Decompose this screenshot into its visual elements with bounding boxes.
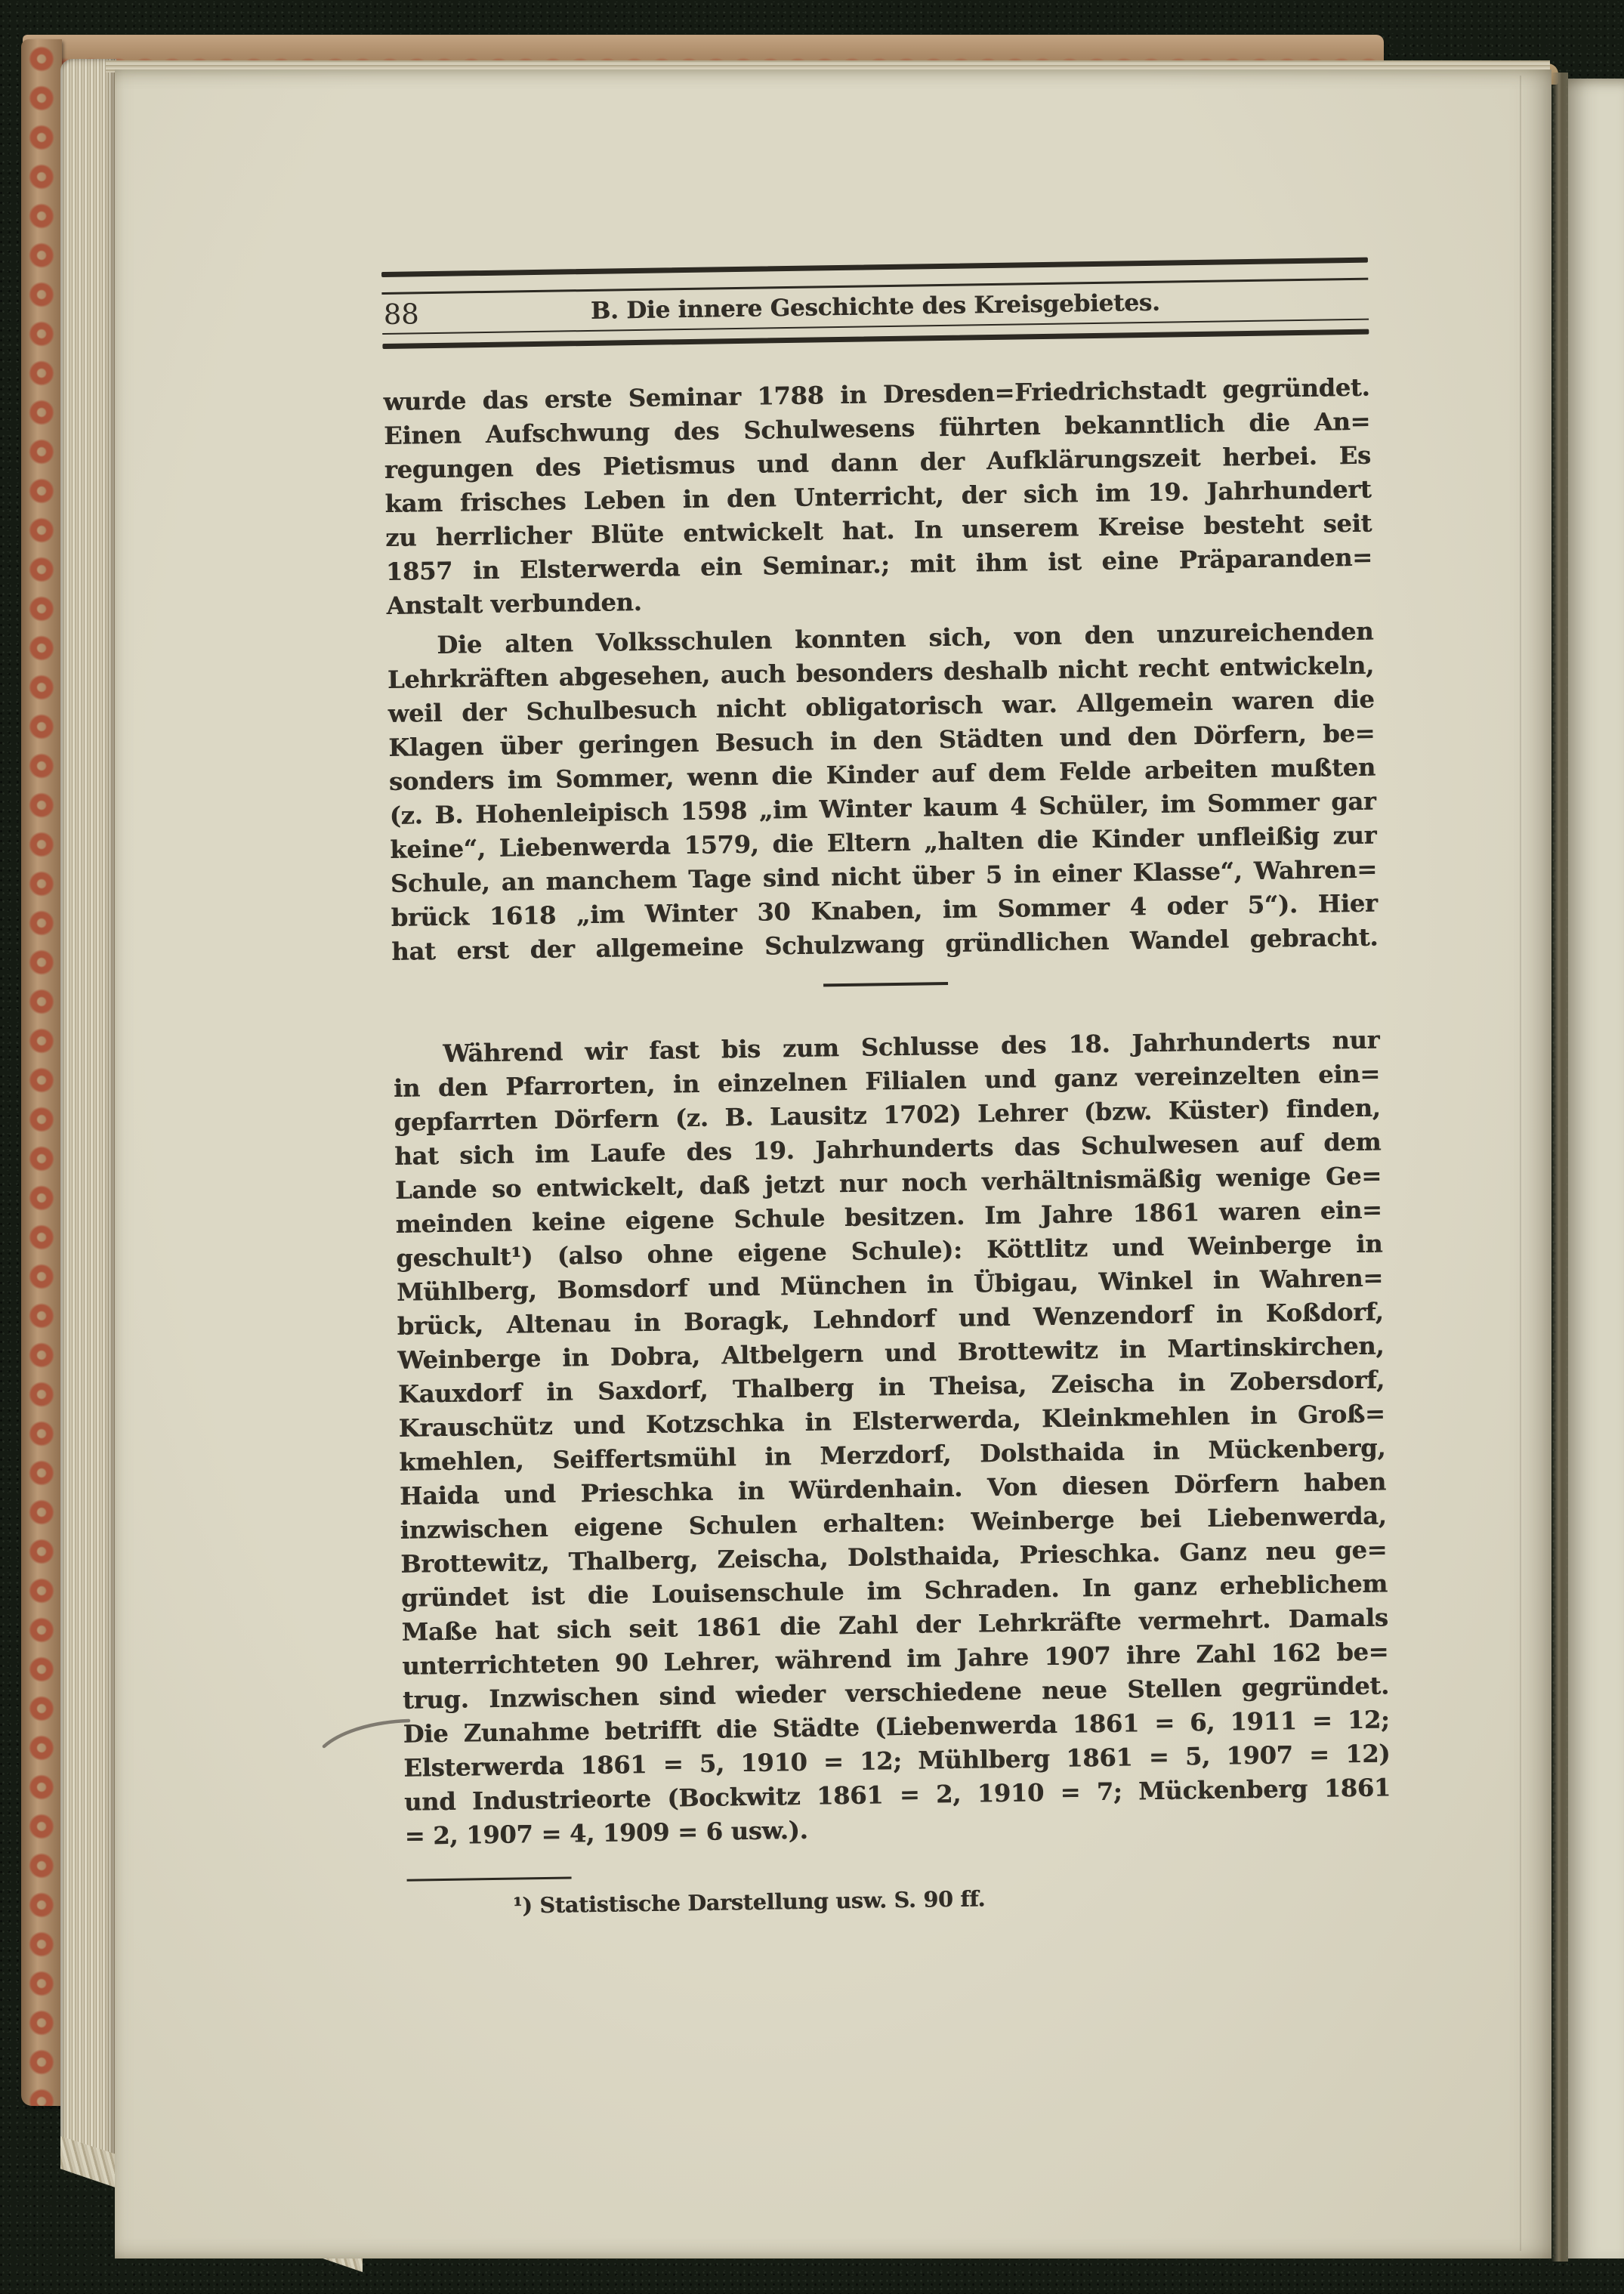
paragraph-2: Die alten Volksschulen konnten sich, von… <box>387 615 1379 969</box>
page-crease-line <box>1520 76 1521 2251</box>
page-edge-stack-left <box>60 59 116 2168</box>
printed-page-content: 88 B. Die innere Geschichte des Kreisgeb… <box>381 258 1392 1925</box>
running-header-row: 88 B. Die innere Geschichte des Kreisgeb… <box>381 280 1369 332</box>
running-header-title: B. Die innere Geschichte des Kreisgebiet… <box>381 280 1369 332</box>
page-number: 88 <box>384 298 419 332</box>
paragraph-3: Während wir fast bis zum Schlusse des 18… <box>393 1023 1391 1853</box>
book-cover-left-edge <box>21 39 62 2106</box>
section-separator-rule <box>823 982 948 986</box>
adjacent-page-edge <box>1568 79 1624 2258</box>
paragraph-1: wurde das erste Seminar 1788 in Dresden=… <box>383 371 1373 623</box>
footnote-separator-rule <box>407 1876 572 1881</box>
book-gutter-shadow <box>1551 73 1568 2262</box>
book-scan: { "colors":{ "paper":"#d7d3c0", "ink":"#… <box>0 0 1624 2294</box>
pencil-margin-mark <box>321 1713 412 1751</box>
